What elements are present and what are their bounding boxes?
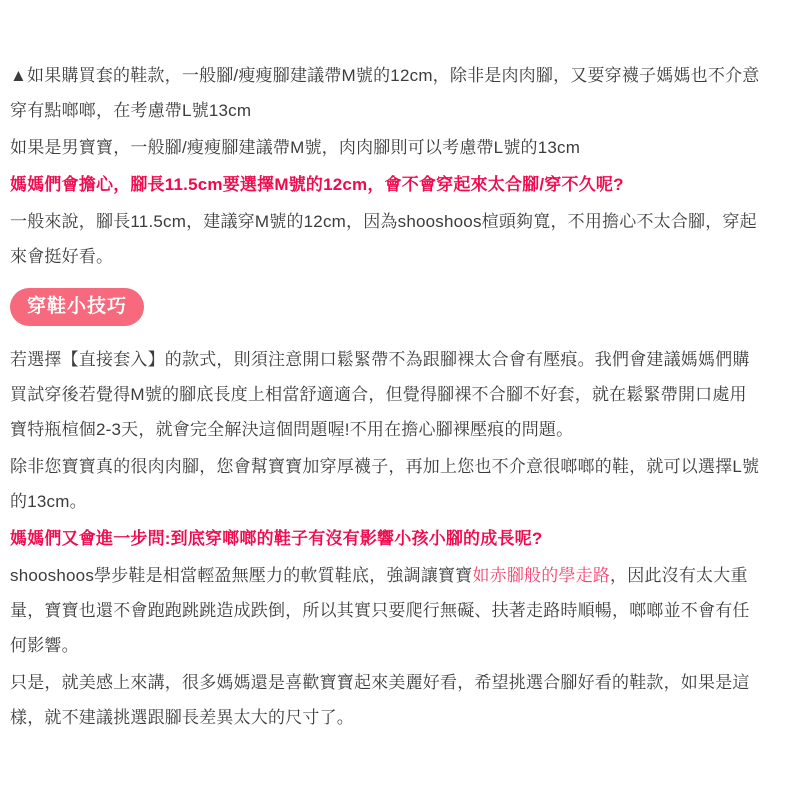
paragraph-slip-on-tip: 若選擇【直接套入】的款式，則須注意開口鬆緊帶不為跟腳裸太合會有壓痕。我們會建議媽… [10, 342, 800, 447]
text-line: 穿有點啷啷，在考慮帶L號13cm [10, 93, 800, 128]
text-line: 若選擇【直接套入】的款式，則須注意開口鬆緊帶不為跟腳裸太合會有壓痕。我們會建議媽… [10, 342, 800, 377]
highlighted-phrase: 如赤腳般的學走路 [472, 566, 610, 585]
text-line: 的13cm。 [10, 484, 800, 519]
paragraph-aesthetic-note: 只是，就美感上來講，很多媽媽還是喜歡寶寶起來美麗好看，希望挑選合腳好看的鞋款，如… [10, 665, 800, 735]
paragraph-growth-answer: shooshoos學步鞋是相當輕盈無壓力的軟質鞋底，強調讓寶寶如赤腳般的學走路，… [10, 558, 800, 663]
text-line: 寶特瓶楦個2-3天，就會完全解決這個問題喔!不用在擔心腳裸壓痕的問題。 [10, 412, 800, 447]
text-line: 來會挺好看。 [10, 239, 800, 274]
paragraph-chubby-foot-option: 除非您寶寶真的很肉肉腳，您會幫寶寶加穿厚襪子，再加上您也不介意很啷啷的鞋，就可以… [10, 449, 800, 519]
text-line: 一般來說，腳長11.5cm，建議穿M號的12cm，因為shooshoos楦頭夠寬… [10, 204, 800, 239]
text-line: 除非您寶寶真的很肉肉腳，您會幫寶寶加穿厚襪子，再加上您也不介意很啷啷的鞋，就可以… [10, 449, 800, 484]
text-line: 樣，就不建議挑選跟腳長差異太大的尺寸了。 [10, 700, 800, 735]
paragraph-fit-answer: 一般來說，腳長11.5cm，建議穿M號的12cm，因為shooshoos楦頭夠寬… [10, 204, 800, 274]
article-body: ▲如果購買套的鞋款，一般腳/瘦瘦腳建議帶M號的12cm，除非是肉肉腳，又要穿襪子… [0, 0, 800, 735]
red-question-line: 媽媽們會擔心，腳長11.5cm要選擇M號的12cm，會不會穿起來太合腳/穿不久呢… [10, 167, 800, 202]
tips-badge: 穿鞋小技巧 [10, 288, 144, 326]
text-line: 如果是男寶寶，一般腳/瘦瘦腳建議帶M號，肉肉腳則可以考慮帶L號的13cm [10, 130, 800, 165]
question-heading-fit-concern: 媽媽們會擔心，腳長11.5cm要選擇M號的12cm，會不會穿起來太合腳/穿不久呢… [10, 167, 800, 202]
text-segment: shooshoos學步鞋是相當輕盈無壓力的軟質鞋底，強調讓寶寶 [10, 566, 472, 585]
red-question-line: 媽媽們又會進一步問:到底穿啷啷的鞋子有沒有影響小孩小腳的成長呢? [10, 521, 800, 556]
text-line-with-highlight: shooshoos學步鞋是相當輕盈無壓力的軟質鞋底，強調讓寶寶如赤腳般的學走路，… [10, 558, 800, 593]
paragraph-boy-baby-advice: 如果是男寶寶，一般腳/瘦瘦腳建議帶M號，肉肉腳則可以考慮帶L號的13cm [10, 130, 800, 165]
question-heading-growth-concern: 媽媽們又會進一步問:到底穿啷啷的鞋子有沒有影響小孩小腳的成長呢? [10, 521, 800, 556]
text-line: 量，寶寶也還不會跑跑跳跳造成跌倒，所以其實只要爬行無礙、扶著走路時順暢，啷啷並不… [10, 593, 800, 628]
section-badge-row: 穿鞋小技巧 [10, 288, 800, 326]
text-line: ▲如果購買套的鞋款，一般腳/瘦瘦腳建議帶M號的12cm，除非是肉肉腳，又要穿襪子… [10, 58, 800, 93]
text-line: 只是，就美感上來講，很多媽媽還是喜歡寶寶起來美麗好看，希望挑選合腳好看的鞋款，如… [10, 665, 800, 700]
paragraph-sizing-advice: ▲如果購買套的鞋款，一般腳/瘦瘦腳建議帶M號的12cm，除非是肉肉腳，又要穿襪子… [10, 58, 800, 128]
text-line: 買試穿後若覺得M號的腳底長度上相當舒適適合，但覺得腳裸不合腳不好套，就在鬆緊帶開… [10, 377, 800, 412]
text-line: 何影響。 [10, 628, 800, 663]
text-segment: ，因此沒有太大重 [610, 566, 748, 585]
